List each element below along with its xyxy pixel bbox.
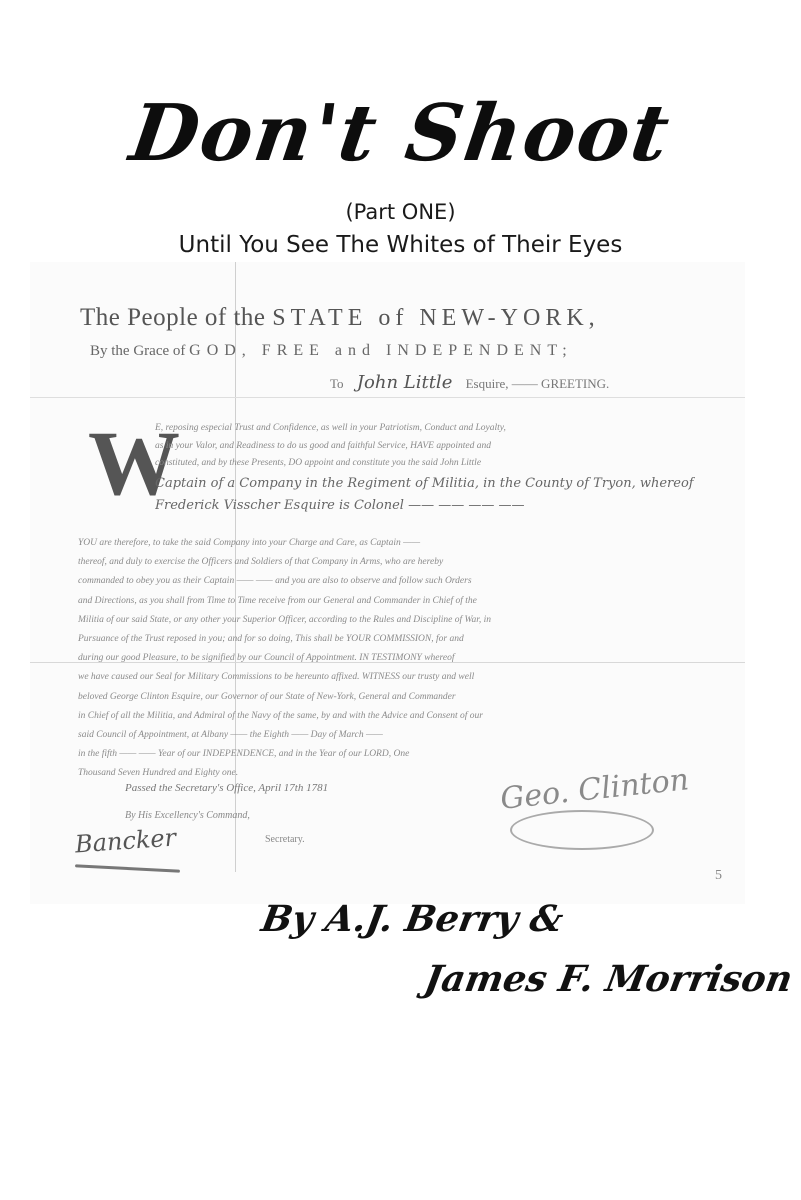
secretary-label: Secretary. [265, 834, 305, 845]
text-line: said Council of Appointment, at Albany —… [78, 726, 698, 745]
text-line: we have caused our Seal for Military Com… [78, 668, 698, 687]
intro-text: E, reposing especial Trust and Confidenc… [155, 420, 695, 517]
subheading-caps: GOD, FREE and INDEPENDENT; [189, 342, 573, 359]
fold-line-horizontal-top [30, 397, 745, 398]
historical-commission-document: The People of the STATE of NEW-YORK, By … [30, 262, 745, 904]
addressee-suffix: Esquire, —— GREETING. [466, 376, 610, 391]
corner-mark: 5 [715, 868, 722, 884]
by-command-line: By His Excellency's Command, [125, 810, 250, 821]
text-line: as in your Valor, and Readiness to do us… [155, 438, 695, 456]
author-line-1: By A.J. Berry & [258, 898, 566, 940]
book-cover: Don't Shoot (Part ONE) Until You See The… [0, 0, 801, 1200]
signature-underline [75, 864, 180, 872]
heading-caps: STATE of NEW-YORK, [272, 305, 599, 331]
subtitle-part: (Part ONE) [0, 200, 801, 224]
text-line: and Directions, as you shall from Time t… [78, 592, 698, 611]
text-line: beloved George Clinton Esquire, our Gove… [78, 688, 698, 707]
document-heading: The People of the STATE of NEW-YORK, [80, 304, 600, 332]
document-subheading: By the Grace of GOD, FREE and INDEPENDEN… [90, 342, 573, 360]
text-line: YOU are therefore, to take the said Comp… [78, 534, 698, 553]
addressee-name: John Little [357, 372, 453, 393]
subheading-prefix: By the Grace of [90, 343, 185, 359]
heading-prefix: The People of the [80, 304, 266, 331]
body-text: YOU are therefore, to take the said Comp… [78, 534, 698, 784]
text-line: in Chief of all the Militia, and Admiral… [78, 707, 698, 726]
book-title: Don't Shoot [0, 88, 801, 179]
signature-flourish [510, 810, 654, 850]
text-line: commanded to obey you as their Captain —… [78, 572, 698, 591]
text-line: thereof, and duly to exercise the Office… [78, 553, 698, 572]
handwritten-line: Captain of a Company in the Regiment of … [155, 473, 695, 495]
text-line: Pursuance of the Trust reposed in you; a… [78, 630, 698, 649]
signature-secretary: Bancker [74, 824, 177, 859]
addressee-line: To John Little Esquire, —— GREETING. [330, 372, 609, 393]
handwritten-line: Frederick Visscher Esquire is Colonel ——… [155, 495, 695, 517]
text-line: during our good Pleasure, to be signifie… [78, 649, 698, 668]
subtitle: Until You See The Whites of Their Eyes [0, 232, 801, 258]
addressee-prefix: To [330, 376, 344, 391]
text-line: constituted, and by these Presents, DO a… [155, 455, 695, 473]
text-line: Militia of our said State, or any other … [78, 611, 698, 630]
passed-office-line: Passed the Secretary's Office, April 17t… [125, 782, 328, 794]
author-line-2: James F. Morrison [421, 958, 795, 1000]
text-line: in the fifth —— —— Year of our INDEPENDE… [78, 745, 698, 764]
text-line: E, reposing especial Trust and Confidenc… [155, 420, 695, 438]
